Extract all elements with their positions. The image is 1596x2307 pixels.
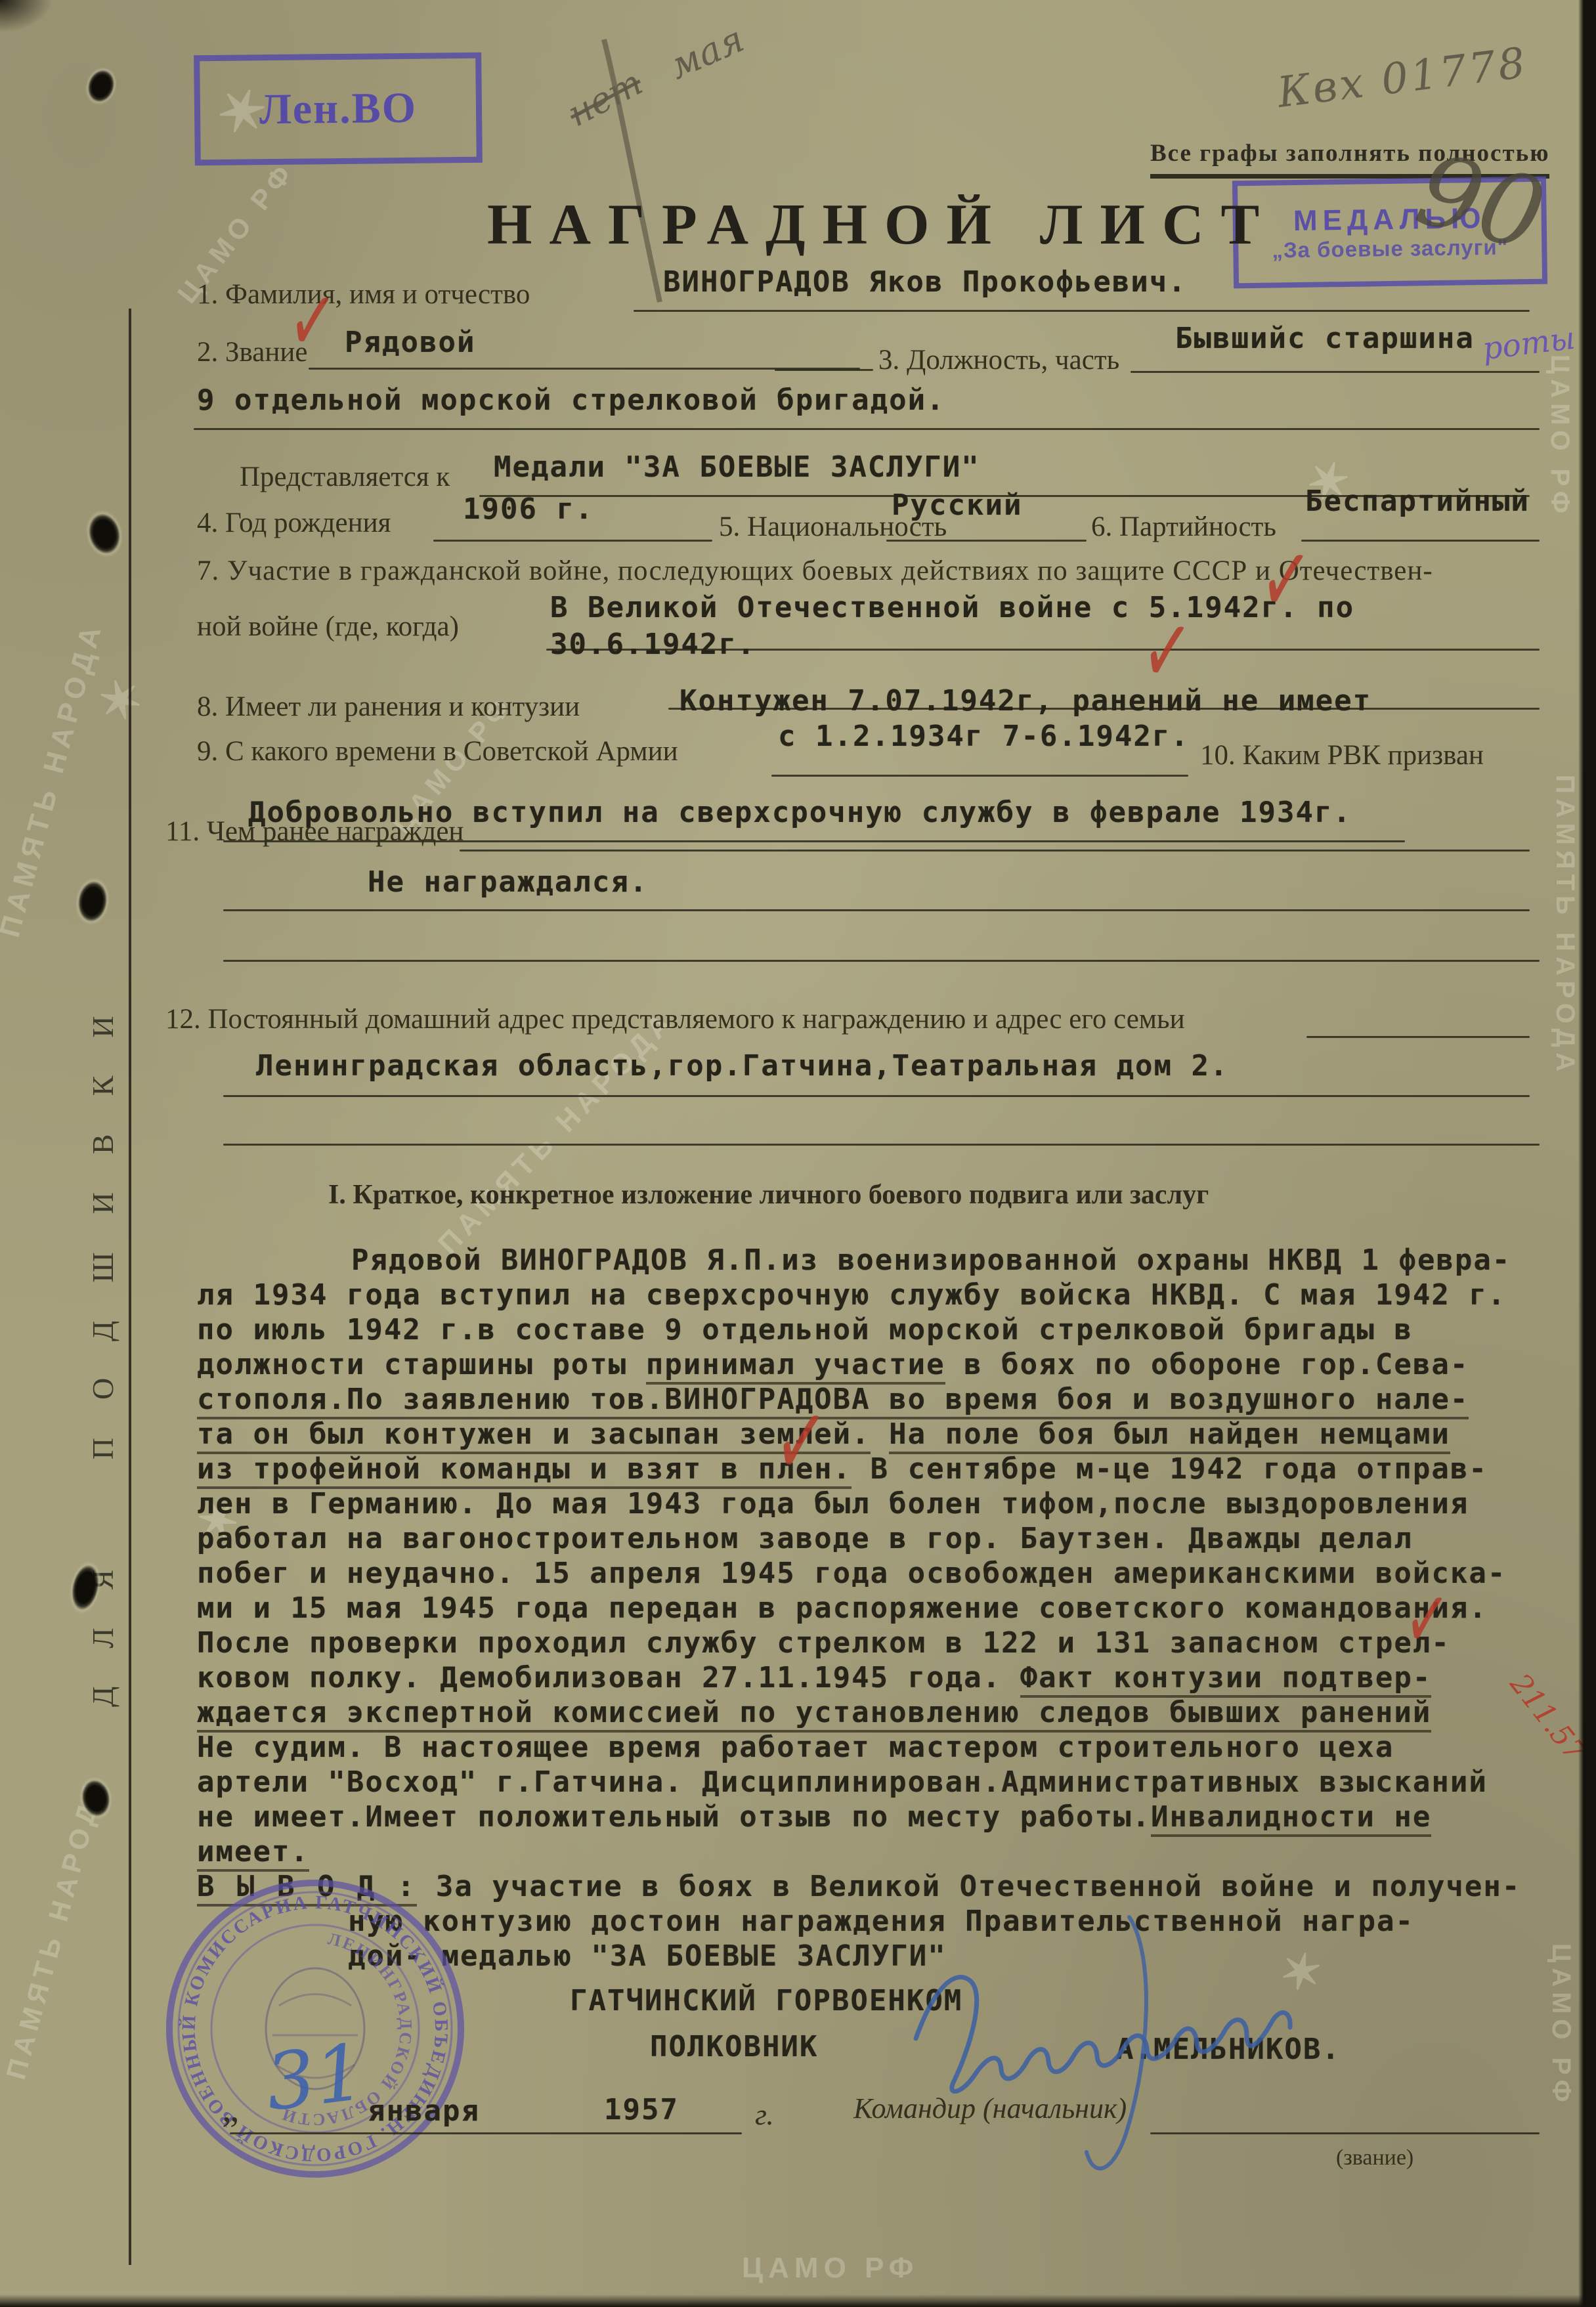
field6-label: 6. Партийность <box>1091 511 1276 543</box>
field9-value: с 1.2.1934г 7-6.1942г. <box>778 720 1190 753</box>
story-segment: та он был контужен и засыпан землей. <box>197 1417 871 1454</box>
field2-value: Рядовой <box>345 326 475 359</box>
rule <box>775 369 873 371</box>
story-segment: артели "Восход" г.Гатчина. Дисциплиниров… <box>197 1765 1488 1799</box>
field12-label: 12. Постоянный домашний адрес представля… <box>165 1003 1185 1035</box>
margin-rule <box>129 309 131 2265</box>
archive-code-pencil: Квх 01778 <box>1275 39 1530 118</box>
field6-value: Беспартийный <box>1305 485 1530 518</box>
rule <box>460 850 1530 852</box>
field8-value: Контужен 7.07.1942г, ранений не имеет <box>679 684 1371 718</box>
story-segment: ждается экспертной комиссией по установл… <box>197 1696 1431 1733</box>
story-line: ля 1934 года вступил на сверхсрочную слу… <box>197 1278 1559 1312</box>
punch-hole <box>78 503 131 565</box>
rule <box>886 540 1087 542</box>
story-segment: ковом полку. Демобилизован 27.11.1945 го… <box>197 1661 1020 1694</box>
rule <box>230 2132 742 2134</box>
story-segment: На поле боя был найден немцами <box>889 1417 1450 1454</box>
date-year-suffix: г. <box>755 2097 774 2132</box>
rule <box>223 1095 1530 1097</box>
field3-value-line2: 9 отдельной морской стрелковой бригадой. <box>197 383 945 417</box>
field11-label: 11. Чем ранее награжден <box>165 815 464 848</box>
red-checkmark: ✓ <box>1138 592 1196 711</box>
field7-value-line2: 30.6.1942г. <box>550 628 756 661</box>
rank-label: (звание) <box>1336 2145 1413 2170</box>
field1-label: 1. Фамилия, имя и отчество <box>197 278 530 311</box>
scan-edge <box>0 2295 1596 2307</box>
field4-value: 1906 г. <box>463 492 593 526</box>
field12-value: Ленинградская область,гор.Гатчина,Театра… <box>256 1049 1229 1083</box>
story-line: работал на вагоностроительном заводе в г… <box>197 1521 1559 1556</box>
story-line: стополя.По заявлению тов.ВИНОГРАДОВА во … <box>197 1382 1559 1417</box>
red-checkmark: ✓ <box>770 1378 831 1505</box>
district-stamp-text: Лен.ВО <box>259 83 418 135</box>
rule <box>194 428 1540 430</box>
page-title: НАГРАДНОЙ ЛИСТ <box>487 192 1276 258</box>
story-segment: Не судим. В настоящее время работает мас… <box>197 1731 1394 1764</box>
story-line: лен в Германию. До мая 1943 года был бол… <box>197 1486 1559 1521</box>
date-year: 1957 <box>604 2093 679 2126</box>
field7-value-line1: В Великой Отечественной войне с 5.1942г.… <box>550 591 1354 624</box>
watermark-pamyat: ПАМЯТЬ НАРОДА <box>1550 775 1580 1077</box>
red-checkmark: ✓ <box>1257 519 1316 641</box>
district-stamp-box: Лен.ВО <box>194 53 483 166</box>
story-segment: в боях по обороне гор.Сева- <box>945 1348 1469 1381</box>
rule <box>433 540 712 542</box>
rule <box>223 1144 1540 1146</box>
story-line: артели "Восход" г.Гатчина. Дисциплиниров… <box>197 1765 1559 1800</box>
org-line2: ПОЛКОВНИК <box>650 2030 818 2063</box>
story-segment: принимал участие <box>646 1348 945 1385</box>
date-month: января <box>368 2094 480 2128</box>
field3-value: Бывшийс старшина <box>1175 322 1475 355</box>
story-segment: не имеет.Имеет положительный отзыв по ме… <box>197 1800 1151 1834</box>
commander-label: Командир (начальник) <box>853 2092 1127 2125</box>
story-segment: Факт контузии подтвер- <box>1020 1661 1432 1698</box>
story-line: ковом полку. Демобилизован 27.11.1945 го… <box>197 1660 1559 1695</box>
presented-value: Медали "ЗА БОЕВЫЕ ЗАСЛУГИ" <box>494 450 980 484</box>
field7-label-line2: ной войне (где, когда) <box>197 611 459 643</box>
date-day-handwritten: 31 <box>261 2026 370 2128</box>
story-segment: по июль 1942 г.в составе 9 отдельной мор… <box>197 1313 1413 1347</box>
rule <box>1131 371 1540 373</box>
award-sheet-scan: ЦАМО РФ ПАМЯТЬ НАРОДА ЦАМО РФ ЦАМО РФ ПА… <box>0 0 1596 2307</box>
red-checkmark: ✓ <box>285 265 340 379</box>
story-line: по июль 1942 г.в составе 9 отдельной мор… <box>197 1312 1559 1347</box>
story-segment: из трофейной команды и взят в плен. <box>197 1452 852 1489</box>
punch-hole <box>70 872 116 930</box>
rule <box>1306 1036 1530 1038</box>
rule <box>634 310 1530 312</box>
rule <box>771 775 1188 777</box>
story-segment: имеет. <box>197 1835 309 1872</box>
field4-label: 4. Год рождения <box>197 507 391 539</box>
rule <box>223 909 1530 911</box>
rule <box>1150 2132 1540 2134</box>
story-line: побег и неудачно. 15 апреля 1945 года ос… <box>197 1556 1559 1591</box>
handwritten-signature <box>853 1897 1405 2199</box>
story-segment <box>871 1417 890 1451</box>
field7-label-line1: 7. Участие в гражданской войне, последую… <box>197 555 1433 587</box>
watermark-star-icon: ✶ <box>91 664 155 736</box>
story-segment: должности старшины роты <box>197 1348 646 1381</box>
story-segment: Рядовой ВИНОГРАДОВ Я.П.из военизированно… <box>351 1243 1511 1277</box>
date-open-quote: „ <box>222 2086 239 2130</box>
strike-rule <box>668 708 1540 710</box>
punch-hole <box>78 60 124 112</box>
field1-value: ВИНОГРАДОВ Яков Прокофьевич. <box>663 265 1187 299</box>
story-line: должности старшины роты принимал участие… <box>197 1347 1559 1382</box>
story-line: имеет. <box>197 1834 1559 1869</box>
story-line: ми и 15 мая 1945 года передан в распоряж… <box>197 1591 1559 1626</box>
story-line: из трофейной команды и взят в плен. В се… <box>197 1452 1559 1486</box>
red-checkmark: ✓ <box>1402 1566 1453 1672</box>
scan-corner-shadow <box>0 0 53 33</box>
story-segment: После проверки проходил службу стрелком … <box>197 1626 1450 1660</box>
story-segment: стополя.По заявлению тов.ВИНОГРАДОВА во … <box>197 1383 1469 1419</box>
field9-label: 9. С какого времени в Советской Армии <box>197 735 678 767</box>
story-line: не имеет.Имеет положительный отзыв по ме… <box>197 1800 1559 1834</box>
field8-label: 8. Имеет ли ранения и контузии <box>197 691 580 723</box>
story-line: та он был контужен и засыпан землей. На … <box>197 1417 1559 1452</box>
field3-handwritten: роты <box>1480 320 1577 368</box>
strike-rule <box>546 649 1540 651</box>
story-line: ждается экспертной комиссией по установл… <box>197 1695 1559 1730</box>
watermark-tsamo: ЦАМО РФ <box>1545 355 1574 519</box>
watermark-pamyat: ПАМЯТЬ НАРОДА <box>432 1004 681 1261</box>
story-segment: лен в Германию. До мая 1943 года был бол… <box>197 1487 1469 1520</box>
field11-value: Не награждался. <box>368 865 648 899</box>
field10-label: 10. Каким РВК призван <box>1200 739 1484 771</box>
story-segment: побег и неудачно. 15 апреля 1945 года ос… <box>197 1557 1506 1590</box>
presented-label: Представляется к <box>240 461 450 493</box>
story-heading: I. Краткое, конкретное изложение личного… <box>328 1179 1209 1211</box>
military-commissariat-round-stamp: ГАТЧИНСКИЙ ОБЪЕДИНЕН. ГОРОДСКОЙ ВОЕННЫЙ … <box>161 1874 469 2183</box>
story-segment: ля 1934 года вступил на сверхсрочную слу… <box>197 1278 1506 1312</box>
field3-label: 3. Должность, часть <box>878 344 1119 376</box>
story-line: Рядовой ВИНОГРАДОВ Я.П.из военизированно… <box>197 1243 1559 1278</box>
field5-value: Русский <box>892 488 1022 522</box>
story-segment: В сентябре м-це 1942 года отправ- <box>852 1452 1488 1486</box>
rule <box>1301 540 1540 542</box>
watermark-tsamo: ЦАМО РФ <box>742 2252 918 2285</box>
body-lines: Рядовой ВИНОГРАДОВ Я.П.из военизированно… <box>197 1243 1559 1973</box>
story-segment: Инвалидности не <box>1151 1800 1431 1837</box>
story-line: После проверки проходил службу стрелком … <box>197 1626 1559 1660</box>
punch-hole <box>74 1771 118 1826</box>
story-line: Не судим. В настоящее время работает мас… <box>197 1730 1559 1765</box>
story-segment: работал на вагоностроительном заводе в г… <box>197 1522 1413 1555</box>
story-segment: ми и 15 мая 1945 года передан в распоряж… <box>197 1591 1488 1625</box>
rule <box>223 960 1540 962</box>
scan-edge <box>1578 0 1596 2307</box>
